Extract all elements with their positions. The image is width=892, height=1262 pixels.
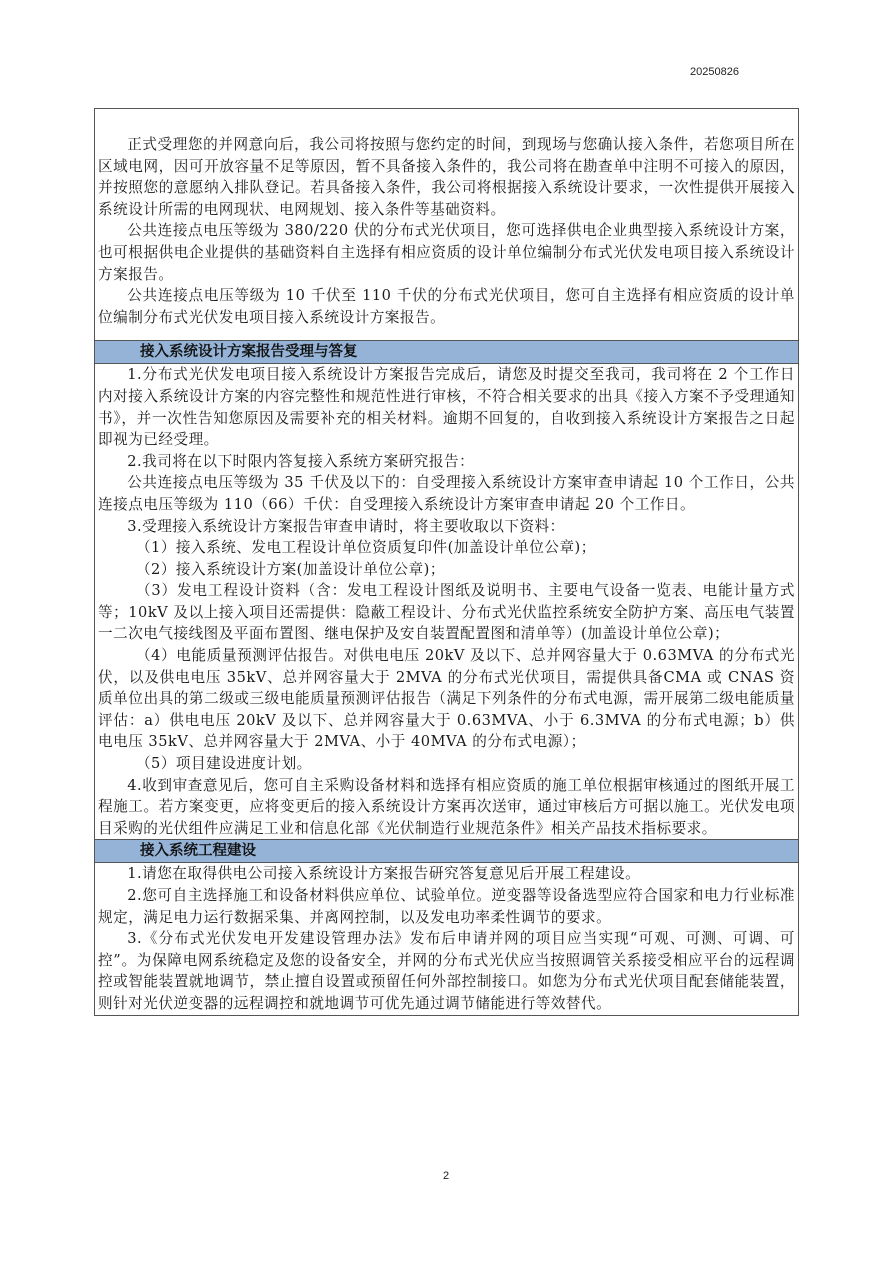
- paragraph: 3.受理接入系统设计方案报告审查申请时，将主要收取以下资料：: [98, 516, 795, 538]
- section-header-construction: 接入系统工程建设: [95, 839, 798, 863]
- paragraph: 1.请您在取得供电公司接入系统设计方案报告研究答复意见后开展工程建设。: [98, 863, 795, 885]
- paragraph: 3.《分布式光伏发电开发建设管理办法》发布后申请并网的项目应当实现“可观、可测、…: [98, 928, 795, 1014]
- paragraph: 4.收到审查意见后，您可自主采购设备材料和选择有相应资质的施工单位根据审核通过的…: [98, 775, 795, 840]
- construction-cell: 1.请您在取得供电公司接入系统设计方案报告研究答复意见后开展工程建设。 2.您可…: [95, 863, 798, 1014]
- list-item: （2）接入系统设计方案(加盖设计单位公章)；: [98, 559, 795, 581]
- intro-paragraph: 公共连接点电压等级为 380/220 伏的分布式光伏项目，您可选择供电企业典型接…: [98, 220, 795, 285]
- paragraph: 1.分布式光伏发电项目接入系统设计方案报告完成后，请您及时提交至我司，我司将在 …: [98, 364, 795, 450]
- design-review-cell: 1.分布式光伏发电项目接入系统设计方案报告完成后，请您及时提交至我司，我司将在 …: [95, 364, 798, 839]
- list-item: （4）电能质量预测评估报告。对供电电压 20kV 及以下、总并网容量大于 0.6…: [98, 645, 795, 753]
- paragraph: 2.我司将在以下时限内答复接入系统方案研究报告：: [98, 451, 795, 473]
- list-item: （5）项目建设进度计划。: [98, 753, 795, 775]
- page-number: 2: [0, 1170, 892, 1182]
- intro-paragraph: 公共连接点电压等级为 10 千伏至 110 千伏的分布式光伏项目，您可自主选择有…: [98, 285, 795, 328]
- intro-paragraph: 正式受理您的并网意向后，我公司将按照与您约定的时间，到现场与您确认接入条件，若您…: [98, 134, 795, 220]
- document-code: 20250826: [690, 66, 739, 78]
- intro-cell: 正式受理您的并网意向后，我公司将按照与您约定的时间，到现场与您确认接入条件，若您…: [95, 109, 798, 340]
- content-table: 正式受理您的并网意向后，我公司将按照与您约定的时间，到现场与您确认接入条件，若您…: [94, 108, 799, 1016]
- section-header-design-review: 接入系统设计方案报告受理与答复: [95, 340, 798, 364]
- paragraph: 2.您可自主选择施工和设备材料供应单位、试验单位。逆变器等设备选型应符合国家和电…: [98, 885, 795, 928]
- paragraph: 公共连接点电压等级为 35 千伏及以下的：自受理接入系统设计方案审查申请起 10…: [98, 472, 795, 515]
- list-item: （1）接入系统、发电工程设计单位资质复印件(加盖设计单位公章)；: [98, 537, 795, 559]
- list-item: （3）发电工程设计资料（含：发电工程设计图纸及说明书、主要电气设备一览表、电能计…: [98, 580, 795, 645]
